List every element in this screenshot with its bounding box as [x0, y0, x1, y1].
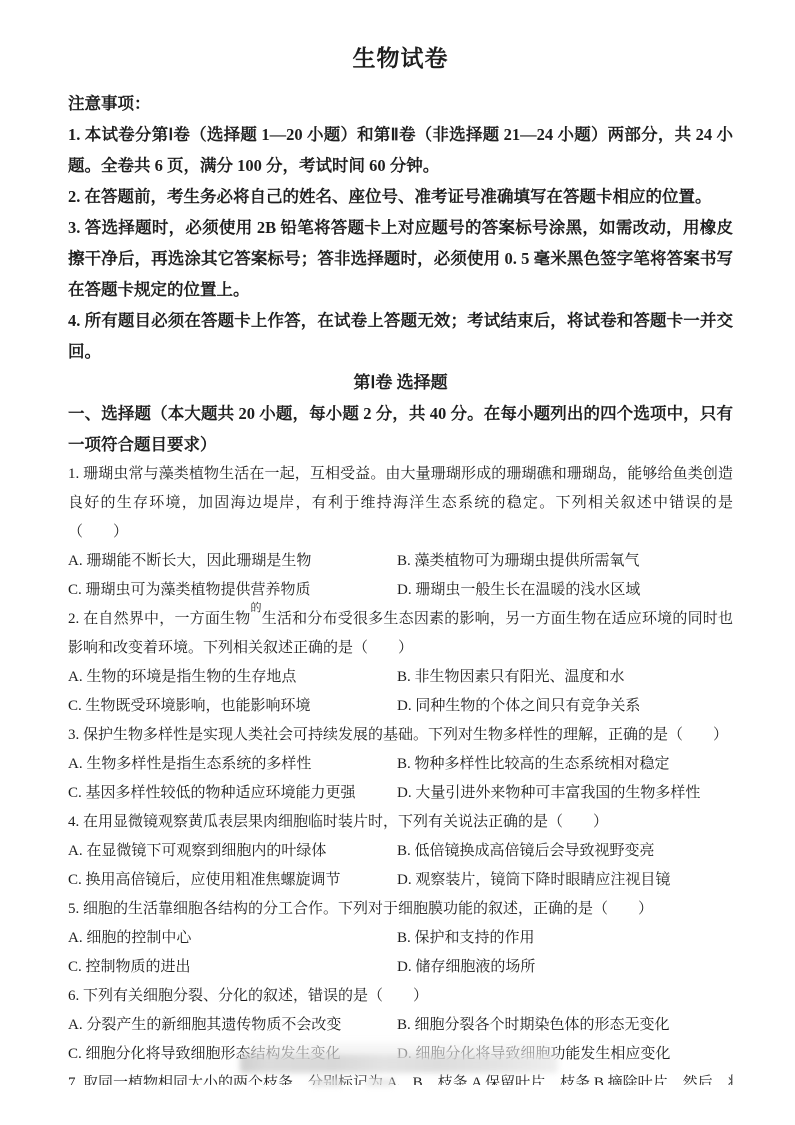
option-d: D. 储存细胞液的场所: [397, 953, 733, 982]
watermark-halo: [250, 1044, 550, 1054]
question-1-stem: 1. 珊瑚虫常与藻类植物生活在一起，互相受益。由大量珊瑚形成的珊瑚礁和珊瑚岛，能…: [68, 460, 733, 547]
option-c: C. 控制物质的进出: [68, 953, 397, 982]
option-a: A. 分裂产生的新细胞其遗传物质不会改变: [68, 1011, 397, 1040]
question-5-options: A. 细胞的控制中心 B. 保护和支持的作用 C. 控制物质的进出 D. 储存细…: [68, 924, 733, 982]
question-6-stem: 6. 下列有关细胞分裂、分化的叙述，错误的是（ ）: [68, 982, 733, 1011]
option-c: C. 基因多样性较低的物种适应环境能力更强: [68, 779, 397, 808]
option-b: B. 非生物因素只有阳光、温度和水: [397, 663, 733, 692]
option-d: D. 珊瑚虫一般生长在温暖的浅水区域: [397, 576, 733, 605]
notice-item-3: 3. 答选择题时，必须使用 2B 铅笔将答题卡上对应题号的答案标号涂黑，如需改动…: [68, 212, 733, 305]
question-3-options: A. 生物多样性是指生态系统的多样性 B. 物种多样性比较高的生态系统相对稳定 …: [68, 750, 733, 808]
stem-text-before: 2. 在自然界中，一方面生物: [68, 611, 251, 627]
notice-block: 注意事项： 1. 本试卷分第Ⅰ卷（选择题 1—20 小题）和第Ⅱ卷（非选择题 2…: [68, 88, 733, 367]
option-a: A. 珊瑚能不断长大，因此珊瑚是生物: [68, 547, 397, 576]
notice-item-4: 4. 所有题目必须在答题卡上作答，在试卷上答题无效；考试结束后，将试卷和答题卡一…: [68, 305, 733, 367]
question-5: 5. 细胞的生活靠细胞各结构的分工合作。下列对于细胞膜功能的叙述，正确的是（ ）…: [68, 895, 733, 982]
watermark-smudge-small-1: [312, 1079, 342, 1086]
question-1-options: A. 珊瑚能不断长大，因此珊瑚是生物 B. 藻类植物可为珊瑚虫提供所需氧气 C.…: [68, 547, 733, 605]
option-b: B. 细胞分裂各个时期染色体的形态无变化: [397, 1011, 733, 1040]
question-2-options: A. 生物的环境是指生物的生存地点 B. 非生物因素只有阳光、温度和水 C. 生…: [68, 663, 733, 721]
option-b: B. 低倍镜换成高倍镜后会导致视野变亮: [397, 837, 733, 866]
option-d: D. 观察装片，镜筒下降时眼睛应注视目镜: [397, 866, 733, 895]
option-b: B. 保护和支持的作用: [397, 924, 733, 953]
option-c: C. 珊瑚虫可为藻类植物提供营养物质: [68, 576, 397, 605]
exam-paper-page: 生物试卷 注意事项： 1. 本试卷分第Ⅰ卷（选择题 1—20 小题）和第Ⅱ卷（非…: [0, 0, 795, 1085]
question-4-stem: 4. 在用显微镜观察黄瓜表层果肉细胞临时装片时，下列有关说法正确的是（ ）: [68, 808, 733, 837]
option-b: B. 物种多样性比较高的生态系统相对稳定: [397, 750, 733, 779]
superscript-de: 的: [251, 602, 262, 614]
option-d: D. 同种生物的个体之间只有竞争关系: [397, 692, 733, 721]
question-3: 3. 保护生物多样性是实现人类社会可持续发展的基础。下列对生物多样性的理解，正确…: [68, 721, 733, 808]
question-2: 2. 在自然界中，一方面生物的生活和分布受很多生态因素的影响，另一方面生物在适应…: [68, 605, 733, 721]
watermark-smudge-small-2: [366, 1079, 394, 1086]
question-4: 4. 在用显微镜观察黄瓜表层果肉细胞临时装片时，下列有关说法正确的是（ ） A.…: [68, 808, 733, 895]
notice-heading: 注意事项：: [68, 88, 733, 119]
section-intro: 一、选择题（本大题共 20 小题，每小题 2 分，共 40 分。在每小题列出的四…: [68, 398, 733, 460]
option-c: C. 生物既受环境影响，也能影响环境: [68, 692, 397, 721]
option-a: A. 生物的环境是指生物的生存地点: [68, 663, 397, 692]
option-b: B. 藻类植物可为珊瑚虫提供所需氧气: [397, 547, 733, 576]
section-title: 第Ⅰ卷 选择题: [68, 367, 733, 398]
question-3-stem: 3. 保护生物多样性是实现人类社会可持续发展的基础。下列对生物多样性的理解，正确…: [68, 721, 733, 750]
question-5-stem: 5. 细胞的生活靠细胞各结构的分工合作。下列对于细胞膜功能的叙述，正确的是（ ）: [68, 895, 733, 924]
watermark-smudge: [240, 1054, 558, 1073]
question-2-stem: 2. 在自然界中，一方面生物的生活和分布受很多生态因素的影响，另一方面生物在适应…: [68, 605, 733, 663]
option-a: A. 生物多样性是指生态系统的多样性: [68, 750, 397, 779]
option-a: A. 在显微镜下可观察到细胞内的叶绿体: [68, 837, 397, 866]
notice-item-2: 2. 在答题前，考生务必将自己的姓名、座位号、准考证号准确填写在答题卡相应的位置…: [68, 181, 733, 212]
option-c: C. 换用高倍镜后，应使用粗准焦螺旋调节: [68, 866, 397, 895]
question-1: 1. 珊瑚虫常与藻类植物生活在一起，互相受益。由大量珊瑚形成的珊瑚礁和珊瑚岛，能…: [68, 460, 733, 605]
page-title: 生物试卷: [68, 42, 733, 76]
option-a: A. 细胞的控制中心: [68, 924, 397, 953]
option-d: D. 大量引进外来物种可丰富我国的生物多样性: [397, 779, 733, 808]
question-4-options: A. 在显微镜下可观察到细胞内的叶绿体 B. 低倍镜换成高倍镜后会导致视野变亮 …: [68, 837, 733, 895]
notice-item-1: 1. 本试卷分第Ⅰ卷（选择题 1—20 小题）和第Ⅱ卷（非选择题 21—24 小…: [68, 119, 733, 181]
